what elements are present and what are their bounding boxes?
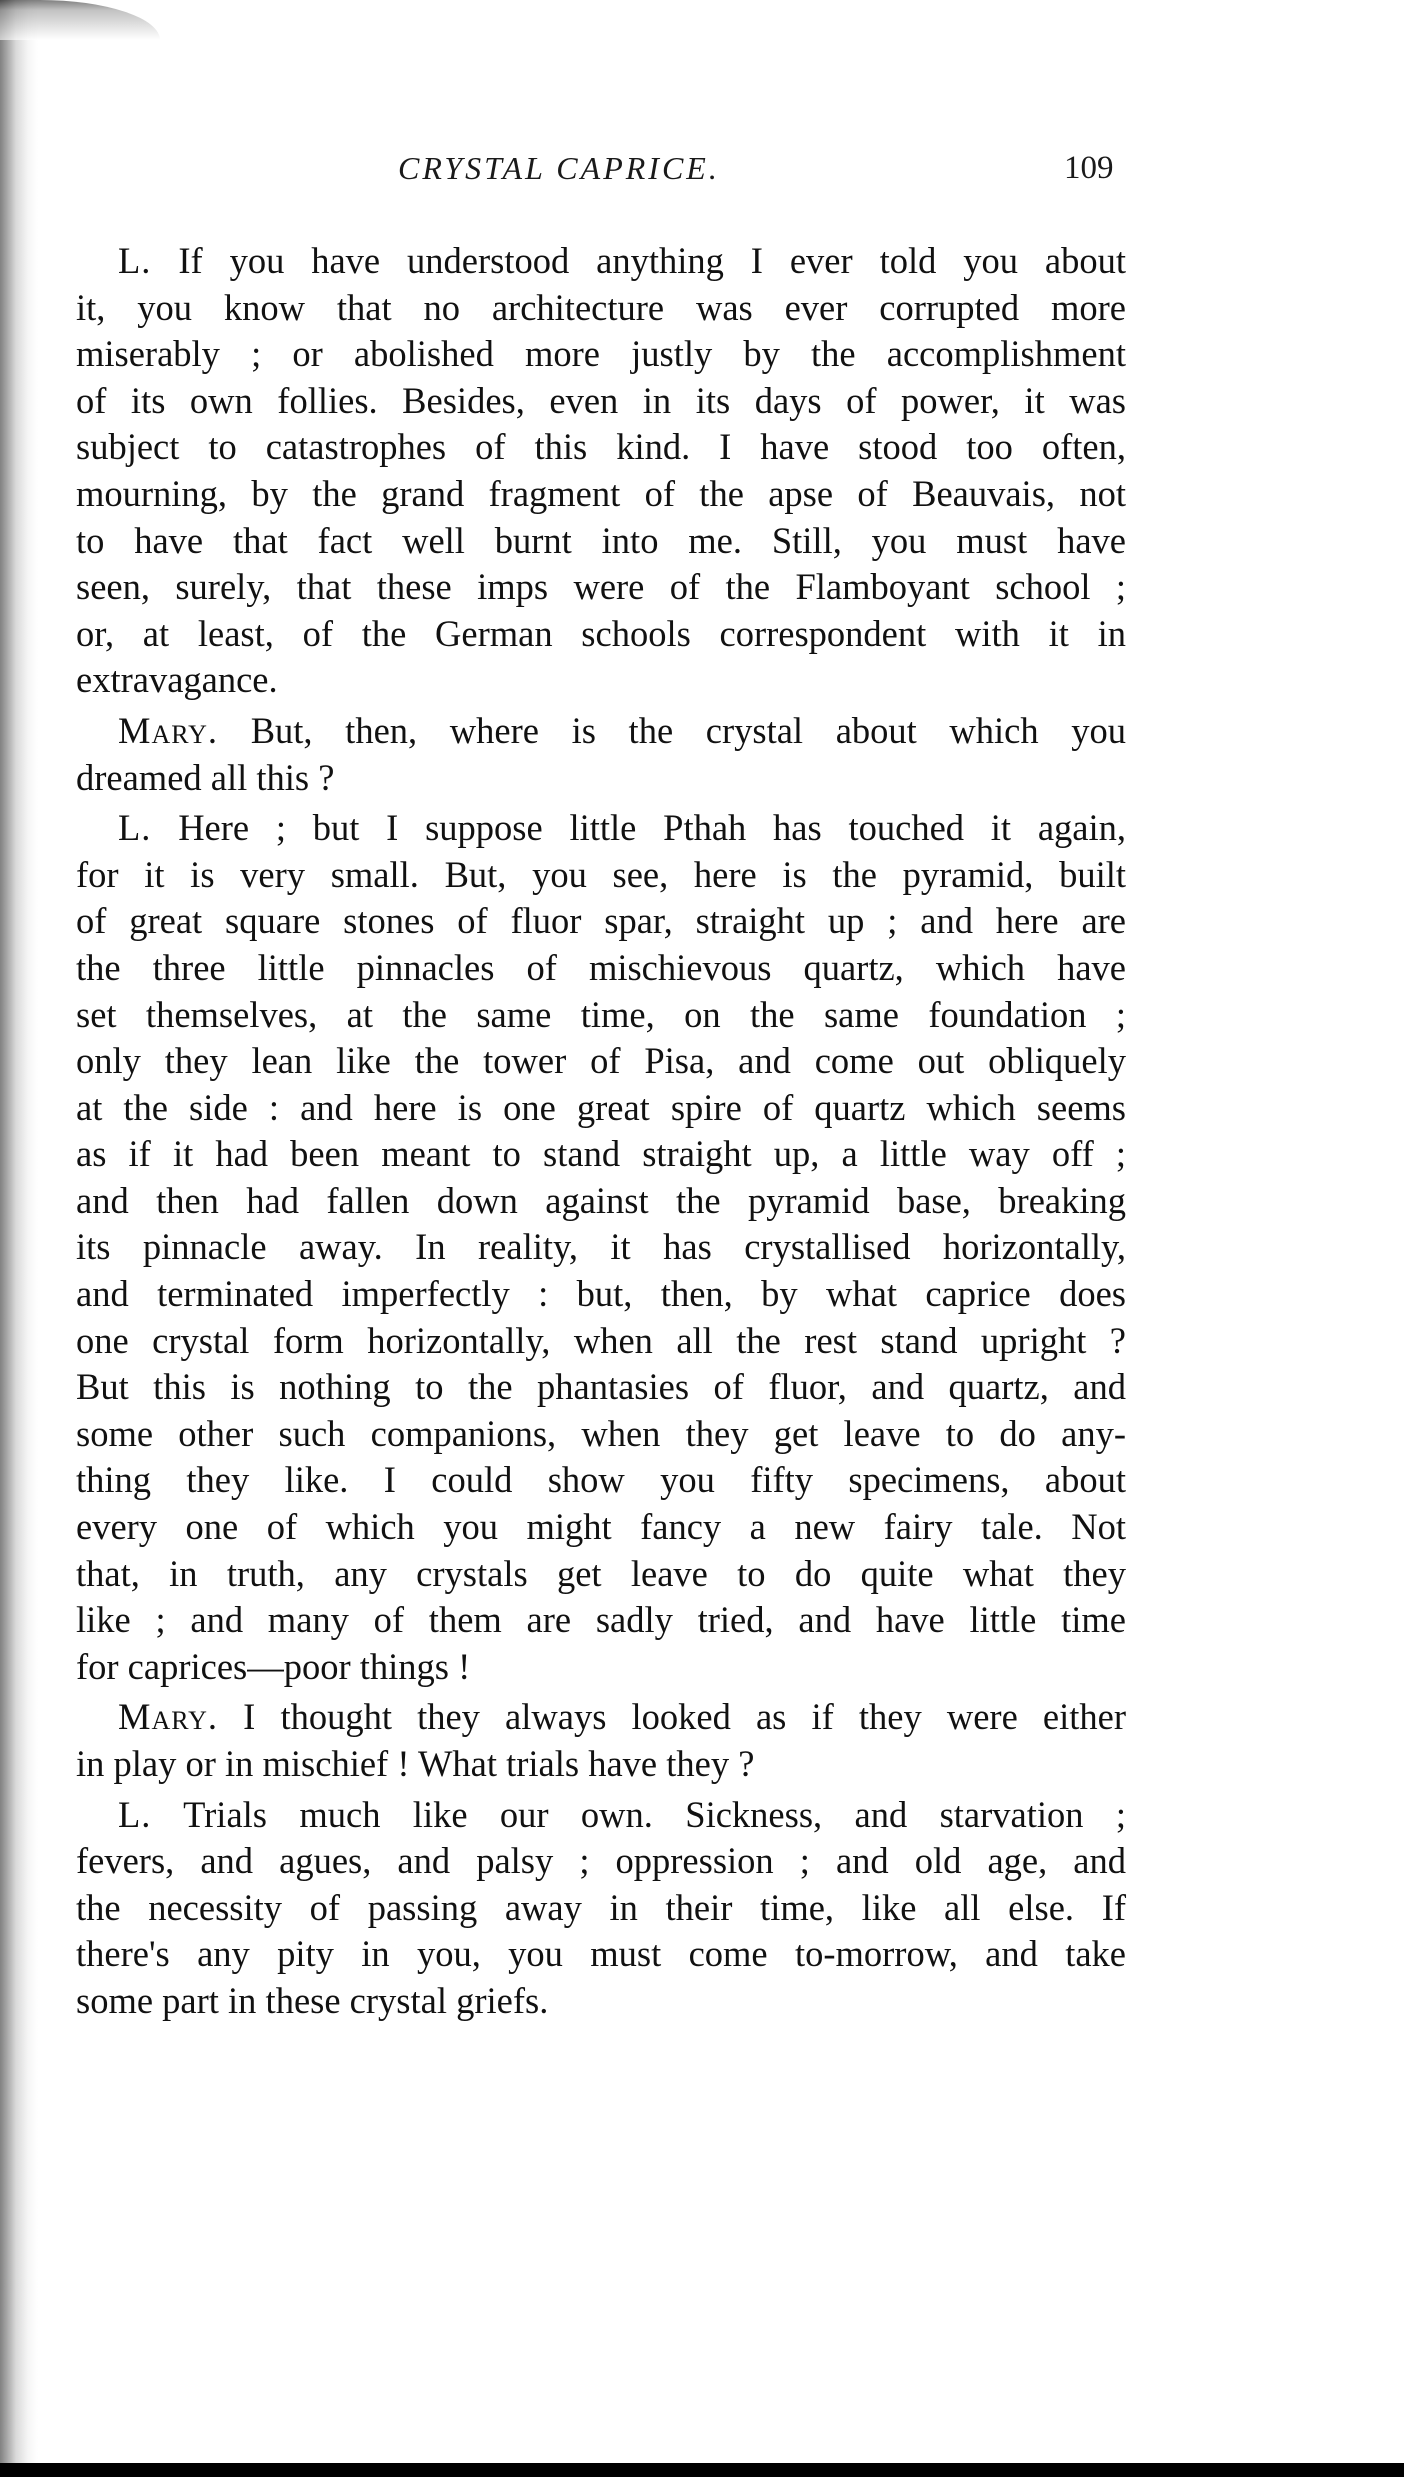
text-line: mourning, by the grand fragment of the a… [34, 471, 1126, 518]
text-line: set themselves, at the same time, on the… [34, 992, 1126, 1039]
speaker-label: L. [118, 807, 151, 848]
text-line: But this is nothing to the phantasies of… [34, 1364, 1126, 1411]
text-line: and terminated imperfectly : but, then, … [34, 1271, 1126, 1318]
text-line: Mary. I thought they always looked as if… [34, 1694, 1126, 1741]
running-title: CRYSTAL CAPRICE. [398, 150, 720, 187]
text-line: seen, surely, that these imps were of th… [34, 564, 1126, 611]
text-line: it, you know that no architecture was ev… [34, 285, 1126, 332]
paragraph-l-architecture: L. If you have understood anything I eve… [34, 238, 1126, 704]
running-head: CRYSTAL CAPRICE. 109 [0, 150, 1404, 200]
scanned-page-edge-left [0, 0, 38, 2477]
text-line: every one of which you might fancy a new… [34, 1504, 1126, 1551]
speaker-label: L. [118, 240, 151, 281]
page-number: 109 [1064, 150, 1114, 187]
text-line: L. Here ; but I suppose little Pthah has… [34, 805, 1126, 852]
text-line: some part in these crystal griefs. [34, 1978, 1126, 2025]
text-line: L. If you have understood anything I eve… [34, 238, 1126, 285]
text-line: subject to catastrophes of this kind. I … [34, 424, 1126, 471]
speaker-label: Mary. [118, 1696, 218, 1737]
text-line: Mary. But, then, where is the crystal ab… [34, 708, 1126, 755]
text-line: that, in truth, any crystals get leave t… [34, 1551, 1126, 1598]
text-line: or, at least, of the German schools corr… [34, 611, 1126, 658]
text-line: the three little pinnacles of mischievou… [34, 945, 1126, 992]
text-line: thing they like. I could show you fifty … [34, 1457, 1126, 1504]
text-line: like ; and many of them are sadly tried,… [34, 1597, 1126, 1644]
text-line: extravagance. [34, 657, 1126, 704]
body-text: L. If you have understood anything I eve… [34, 238, 1126, 2029]
text-line: at the side : and here is one great spir… [34, 1085, 1126, 1132]
text-line: fevers, and agues, and palsy ; oppressio… [34, 1838, 1126, 1885]
paragraph-l-griefs: L. Trials much like our own. Sickness, a… [34, 1792, 1126, 2025]
speaker-label: L. [118, 1794, 151, 1835]
text-line: to have that fact well burnt into me. St… [34, 518, 1126, 565]
text-line: some other such companions, when they ge… [34, 1411, 1126, 1458]
text-line: the necessity of passing away in their t… [34, 1885, 1126, 1932]
scanned-page-edge-bottom [0, 2463, 1404, 2477]
text-line: in play or in mischief ! What trials hav… [34, 1741, 1126, 1788]
speaker-label: Mary. [118, 710, 218, 751]
text-line: its pinnacle away. In reality, it has cr… [34, 1224, 1126, 1271]
text-line: for caprices—poor things ! [34, 1644, 1126, 1691]
paragraph-mary-question: Mary. But, then, where is the crystal ab… [34, 708, 1126, 801]
text-line: only they lean like the tower of Pisa, a… [34, 1038, 1126, 1085]
text-line: of its own follies. Besides, even in its… [34, 378, 1126, 425]
text-line: and then had fallen down against the pyr… [34, 1178, 1126, 1225]
text-line: dreamed all this ? [34, 755, 1126, 802]
scanned-page-corner [0, 0, 160, 40]
text-line: miserably ; or abolished more justly by … [34, 331, 1126, 378]
text-line: as if it had been meant to stand straigh… [34, 1131, 1126, 1178]
text-line: of great square stones of fluor spar, st… [34, 898, 1126, 945]
text-line: for it is very small. But, you see, here… [34, 852, 1126, 899]
text-line: L. Trials much like our own. Sickness, a… [34, 1792, 1126, 1839]
paragraph-mary-trials: Mary. I thought they always looked as if… [34, 1694, 1126, 1787]
paragraph-l-crystal: L. Here ; but I suppose little Pthah has… [34, 805, 1126, 1690]
text-line: there's any pity in you, you must come t… [34, 1931, 1126, 1978]
text-line: one crystal form horizontally, when all … [34, 1318, 1126, 1365]
